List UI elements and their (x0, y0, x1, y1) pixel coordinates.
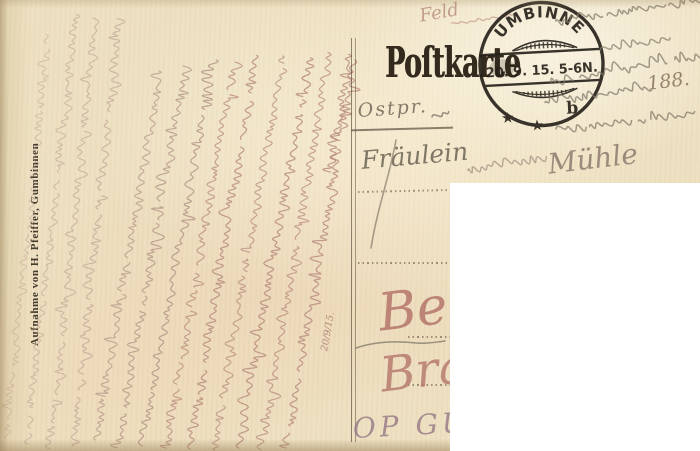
handwriting-stroke (555, 0, 700, 27)
handwriting-stroke (432, 111, 450, 119)
postcard-scan: Aufnahme von H. Pfeiffer, Gumbinnen Poſt… (0, 0, 700, 451)
handwriting-stroke (599, 31, 671, 54)
handwriting-stroke (555, 105, 700, 134)
wavy-underline (356, 341, 445, 348)
redaction-box (450, 183, 700, 451)
handwriting-stroke (544, 80, 652, 106)
